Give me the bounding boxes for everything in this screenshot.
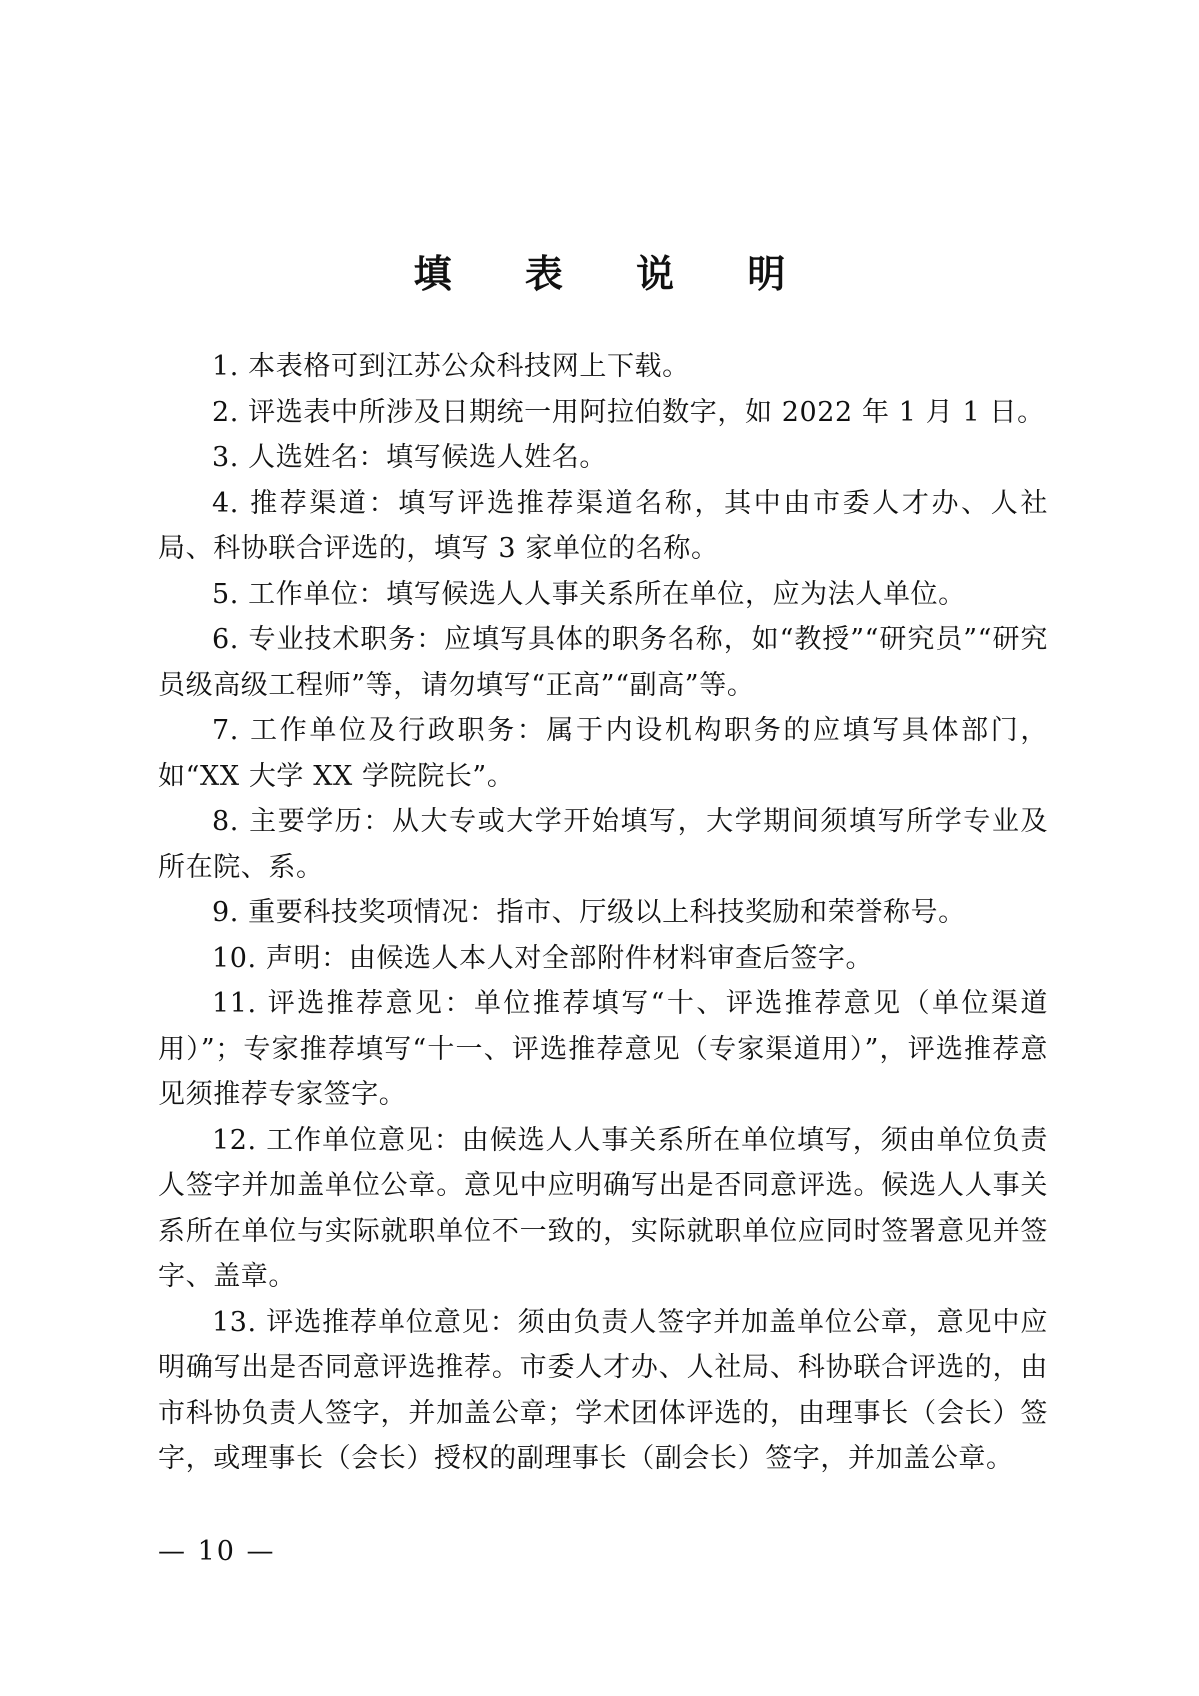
instruction-item-10: 10. 声明：由候选人本人对全部附件材料审查后签字。 [158,936,1048,982]
instruction-item-3: 3. 人选姓名：填写候选人姓名。 [158,435,1048,481]
instruction-item-12: 12. 工作单位意见：由候选人人事关系所在单位填写，须由单位负责人签字并加盖单位… [158,1118,1048,1300]
instruction-item-4: 4. 推荐渠道：填写评选推荐渠道名称，其中由市委人才办、人社局、科协联合评选的，… [158,481,1048,572]
instructions-body: 1. 本表格可到江苏公众科技网上下载。 2. 评选表中所涉及日期统一用阿拉伯数字… [158,344,1048,1482]
instruction-item-9: 9. 重要科技奖项情况：指市、厅级以上科技奖励和荣誉称号。 [158,890,1048,936]
document-page: 填 表 说 明 1. 本表格可到江苏公众科技网上下载。 2. 评选表中所涉及日期… [0,0,1199,1696]
page-number: — 10 — [158,1532,276,1572]
instruction-item-7: 7. 工作单位及行政职务：属于内设机构职务的应填写具体部门，如“XX 大学 XX… [158,708,1048,799]
page-title: 填 表 说 明 [0,248,1199,300]
instruction-item-8: 8. 主要学历：从大专或大学开始填写，大学期间须填写所学专业及所在院、系。 [158,799,1048,890]
instruction-item-2: 2. 评选表中所涉及日期统一用阿拉伯数字，如 2022 年 1 月 1 日。 [158,390,1048,436]
instruction-item-11: 11. 评选推荐意见：单位推荐填写“十、评选推荐意见（单位渠道用）”；专家推荐填… [158,981,1048,1118]
instruction-item-5: 5. 工作单位：填写候选人人事关系所在单位，应为法人单位。 [158,572,1048,618]
instruction-item-1: 1. 本表格可到江苏公众科技网上下载。 [158,344,1048,390]
instruction-item-6: 6. 专业技术职务：应填写具体的职务名称，如“教授”“研究员”“研究员级高级工程… [158,617,1048,708]
instruction-item-13: 13. 评选推荐单位意见：须由负责人签字并加盖单位公章，意见中应明确写出是否同意… [158,1300,1048,1482]
